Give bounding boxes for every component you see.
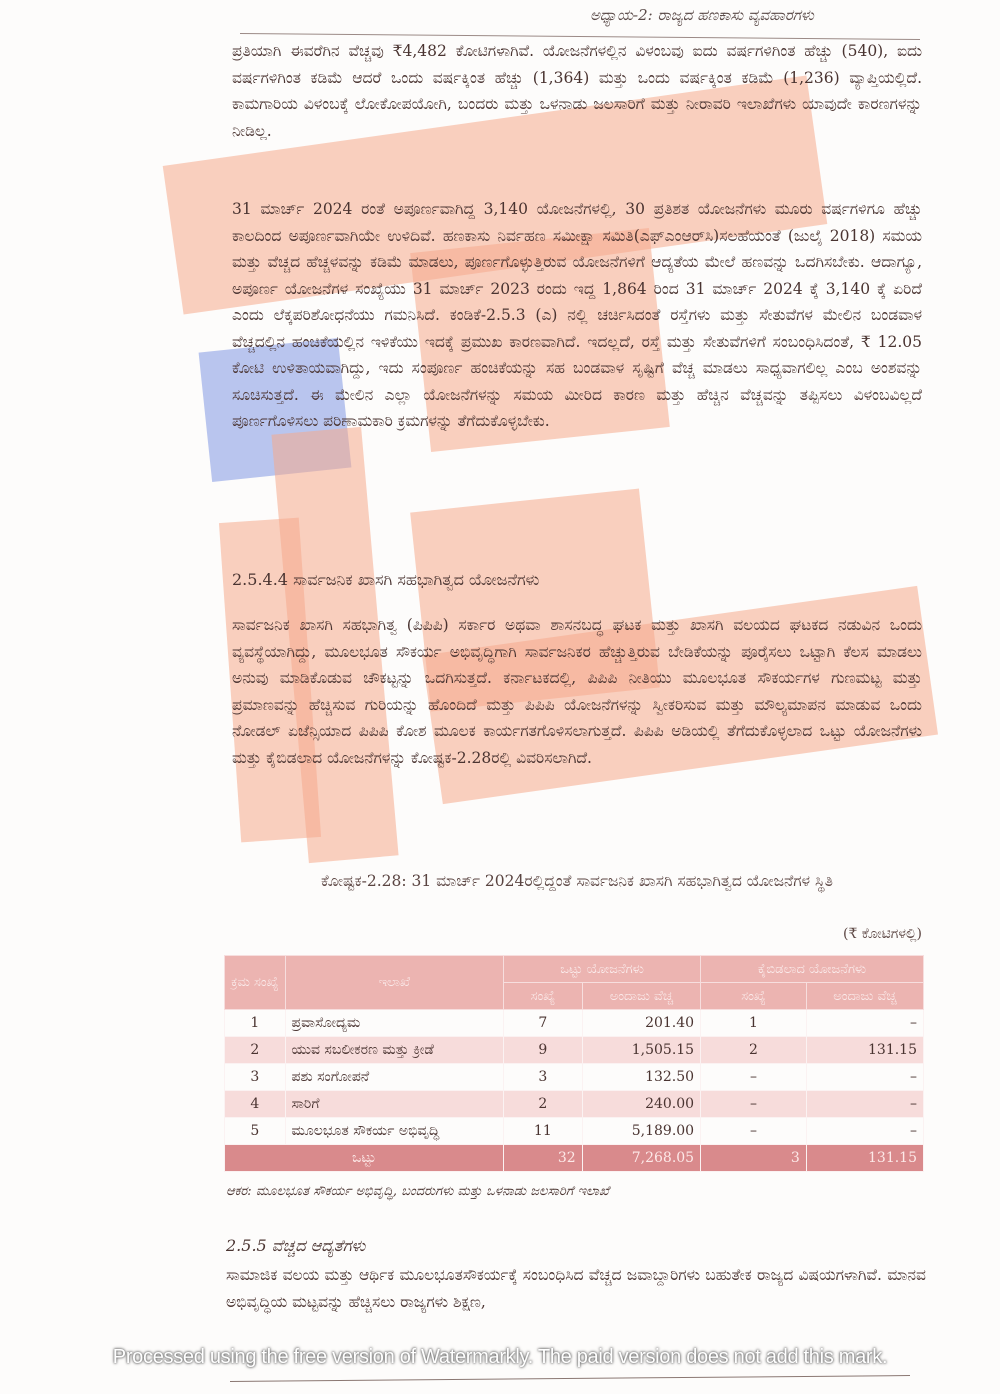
col-sl-no: ಕ್ರಮ ಸಂಖ್ಯೆ	[225, 956, 286, 1010]
cell-drop-cost: 131.15	[806, 1037, 923, 1064]
footer-rule	[230, 1375, 910, 1382]
cell-total-cost: 7,268.05	[582, 1145, 700, 1172]
cell-dept: ಮೂಲಭೂತ ಸೌಕರ್ಯ ಅಭಿವೃದ್ಧಿ	[285, 1118, 503, 1145]
cell-total-no: 7	[504, 1010, 583, 1037]
cell-total-cost: 201.40	[582, 1010, 700, 1037]
table-source: ಆಕರ: ಮೂಲಭೂತ ಸೌಕರ್ಯ ಅಭಿವೃದ್ಧಿ, ಬಂದರುಗಳು ಮ…	[226, 1184, 609, 1199]
cell-drop-cost: –	[806, 1010, 923, 1037]
ppp-projects-table: ಕ್ರಮ ಸಂಖ್ಯೆ ಇಲಾಖೆ ಒಟ್ಟು ಯೋಜನೆಗಳು ಕೈಬಿಡಲಾ…	[224, 955, 924, 1172]
cell-dept: ಸಾರಿಗೆ	[285, 1091, 503, 1118]
cell-drop-cost: –	[806, 1118, 923, 1145]
section-title-expenditure-priorities: 2.5.5 ವೆಚ್ಚದ ಆದ್ಯತೆಗಳು	[226, 1236, 365, 1256]
cell-dept: ಪ್ರವಾಸೋದ್ಯಮ	[285, 1010, 503, 1037]
cell-total-cost: 240.00	[582, 1091, 700, 1118]
cell-drop-cost: –	[806, 1091, 923, 1118]
col-dropped-cost: ಅಂದಾಜು ವೆಚ್ಚ	[806, 983, 923, 1010]
cell-drop-cost: –	[806, 1064, 923, 1091]
cell-total-no: 11	[504, 1118, 583, 1145]
cell-total-no: 2	[504, 1091, 583, 1118]
col-total-number: ಸಂಖ್ಯೆ	[504, 983, 583, 1010]
table-row: 1 ಪ್ರವಾಸೋದ್ಯಮ 7 201.40 1 –	[225, 1010, 924, 1037]
cell-sl: 2	[225, 1037, 286, 1064]
cell-drop-no: 3	[701, 1145, 807, 1172]
cell-total-no: 3	[504, 1064, 583, 1091]
table-row: 3 ಪಶು ಸಂಗೋಪನೆ 3 132.50 – –	[225, 1064, 924, 1091]
running-head: ಅಧ್ಯಾಯ-2: ರಾಜ್ಯದ ಹಣಕಾಸು ವ್ಯವಹಾರಗಳು	[590, 6, 920, 24]
cell-sl: 5	[225, 1118, 286, 1145]
col-group-total: ಒಟ್ಟು ಯೋಜನೆಗಳು	[504, 956, 701, 983]
cell-sl: 3	[225, 1064, 286, 1091]
col-dropped-number: ಸಂಖ್ಯೆ	[701, 983, 807, 1010]
cell-drop-no: 2	[701, 1037, 807, 1064]
paragraph-delay: ಪ್ರತಿಯಾಗಿ ಈವರೆಗಿನ ವೆಚ್ಚವು ₹4,482 ಕೋಟಿಗಳಾ…	[232, 38, 922, 144]
cell-sl: 4	[225, 1091, 286, 1118]
table-row: 2 ಯುವ ಸಬಲೀಕರಣ ಮತ್ತು ಕ್ರೀಡೆ 9 1,505.15 2 …	[225, 1037, 924, 1064]
cell-drop-no: –	[701, 1091, 807, 1118]
col-group-dropped: ಕೈಬಿಡಲಾದ ಯೋಜನೆಗಳು	[701, 956, 924, 983]
cell-total-label: ಒಟ್ಟು	[225, 1145, 504, 1172]
cell-total-cost: 5,189.00	[582, 1118, 700, 1145]
table-total-row: ಒಟ್ಟು 32 7,268.05 3 131.15	[225, 1145, 924, 1172]
cell-total-cost: 132.50	[582, 1064, 700, 1091]
cell-dept: ಪಶು ಸಂಗೋಪನೆ	[285, 1064, 503, 1091]
cell-total-no: 9	[504, 1037, 583, 1064]
cell-total-cost: 1,505.15	[582, 1037, 700, 1064]
cell-drop-cost: 131.15	[806, 1145, 923, 1172]
cell-sl: 1	[225, 1010, 286, 1037]
paragraph-ppp: ಸಾರ್ವಜನಿಕ ಖಾಸಗಿ ಸಹಭಾಗಿತ್ವ (ಪಿಪಿಪಿ) ಸರ್ಕಾ…	[232, 612, 922, 771]
paragraph-incomplete-projects: 31 ಮಾರ್ಚ್ 2024 ರಂತೆ ಅಪೂರ್ಣವಾಗಿದ್ದ 3,140 …	[232, 196, 922, 435]
table-row: 4 ಸಾರಿಗೆ 2 240.00 – –	[225, 1091, 924, 1118]
col-department: ಇಲಾಖೆ	[285, 956, 503, 1010]
cell-drop-no: –	[701, 1118, 807, 1145]
watermark-text: Processed using the free version of Wate…	[0, 1346, 1000, 1369]
cell-drop-no: 1	[701, 1010, 807, 1037]
paragraph-expenditure: ಸಾಮಾಜಿಕ ವಲಯ ಮತ್ತು ಆರ್ಥಿಕ ಮೂಲಭೂತಸೌಕರ್ಯಕ್ಕ…	[226, 1262, 926, 1315]
table-row: 5 ಮೂಲಭೂತ ಸೌಕರ್ಯ ಅಭಿವೃದ್ಧಿ 11 5,189.00 – …	[225, 1118, 924, 1145]
section-title-ppp: 2.5.4.4 ಸಾರ್ವಜನಿಕ ಖಾಸಗಿ ಸಹಭಾಗಿತ್ವದ ಯೋಜನೆ…	[232, 570, 539, 590]
table-unit: (₹ ಕೋಟಿಗಳಲ್ಲಿ)	[843, 926, 922, 942]
col-total-cost: ಅಂದಾಜು ವೆಚ್ಚ	[582, 983, 700, 1010]
cell-total-no: 32	[504, 1145, 583, 1172]
cell-drop-no: –	[701, 1064, 807, 1091]
table-caption: ಕೋಷ್ಟಕ-2.28: 31 ಮಾರ್ಚ್ 2024ರಲ್ಲಿದ್ದಂತೆ ಸ…	[232, 866, 922, 896]
cell-dept: ಯುವ ಸಬಲೀಕರಣ ಮತ್ತು ಕ್ರೀಡೆ	[285, 1037, 503, 1064]
